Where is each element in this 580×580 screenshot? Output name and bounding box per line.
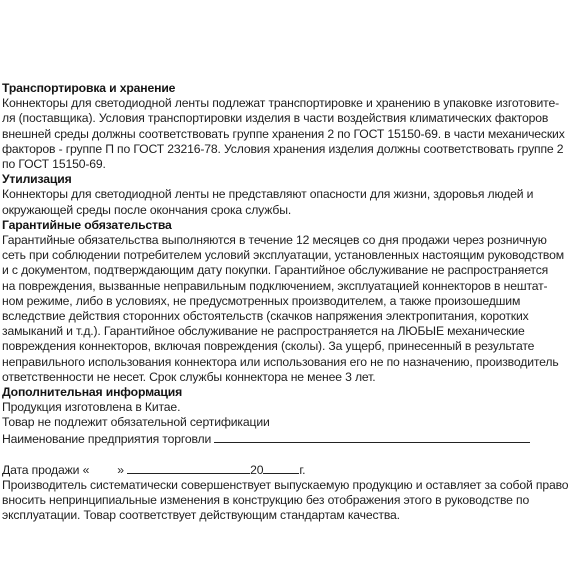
year-prefix: 20 [250, 463, 263, 477]
text-line: на повреждения, вызванные неправильным п… [2, 279, 578, 294]
text-line: по ГОСТ 15150-69. [2, 157, 578, 172]
text-line: Производитель систематически совершенств… [2, 478, 578, 493]
section-heading: Утилизация [2, 172, 578, 187]
section-transport-storage: Транспортировка и хранение Коннекторы дл… [2, 81, 578, 172]
text-line: сеть при соблюдении потребителем условий… [2, 248, 578, 263]
quote-open: « [83, 463, 90, 477]
warranty-document: Транспортировка и хранение Коннекторы дл… [2, 81, 578, 524]
text-line: Коннекторы для светодиодной ленты не пре… [2, 187, 578, 202]
text-line: неправильного использования коннектора и… [2, 355, 578, 370]
section-heading: Транспортировка и хранение [2, 81, 578, 96]
text-line: вследствие действия сторонних обстоятель… [2, 309, 578, 324]
footer-note: Производитель систематически совершенств… [2, 478, 578, 524]
section-additional-info: Дополнительная информация Продукция изго… [2, 385, 578, 447]
section-disposal: Утилизация Коннекторы для светодиодной л… [2, 172, 578, 218]
text-line: замыканий и т.д.). Гарантийное обслужива… [2, 324, 578, 339]
trade-org-blank-field [214, 431, 530, 443]
trade-org-label: Наименование предприятия торговли [2, 432, 211, 446]
trade-org-row: Наименование предприятия торговли [2, 431, 578, 447]
sale-year-blank-field [263, 462, 299, 474]
text-line: эксплуатации. Товар соответствует действ… [2, 508, 578, 523]
text-line: внешней среды должны соответствовать гру… [2, 127, 578, 142]
text-line: ном режиме, либо в условиях, не предусмо… [2, 294, 578, 309]
text-line: ля (поставщика). Условия транспортировки… [2, 111, 578, 126]
sale-month-blank-field [127, 462, 250, 474]
text-line: вносить непринципиальные изменения в кон… [2, 493, 578, 508]
section-heading: Гарантийные обязательства [2, 218, 578, 233]
section-warranty: Гарантийные обязательства Гарантийные об… [2, 218, 578, 385]
sale-date-label: Дата продажи [2, 463, 79, 477]
text-line: Коннекторы для светодиодной ленты подлеж… [2, 96, 578, 111]
year-suffix: г. [299, 463, 305, 477]
text-line: факторов - группе П по ГОСТ 23216-78. Ус… [2, 142, 578, 157]
text-line: Гарантийные обязательства выполняются в … [2, 233, 578, 248]
text-line: окружающей среды после окончания срока с… [2, 203, 578, 218]
spacer [2, 447, 578, 462]
quote-close: » [117, 463, 124, 477]
sale-date-row: Дата продажи «» 20г. [2, 462, 578, 478]
text-line: повреждения коннекторов, включая поврежд… [2, 339, 578, 354]
section-heading: Дополнительная информация [2, 385, 578, 400]
text-line: Товар не подлежит обязательной сертифика… [2, 415, 578, 430]
text-line: и с документом, подтверждающим дату поку… [2, 263, 578, 278]
text-line: Продукция изготовлена в Китае. [2, 400, 578, 415]
text-line: ответственности не несет. Срок службы ко… [2, 370, 578, 385]
